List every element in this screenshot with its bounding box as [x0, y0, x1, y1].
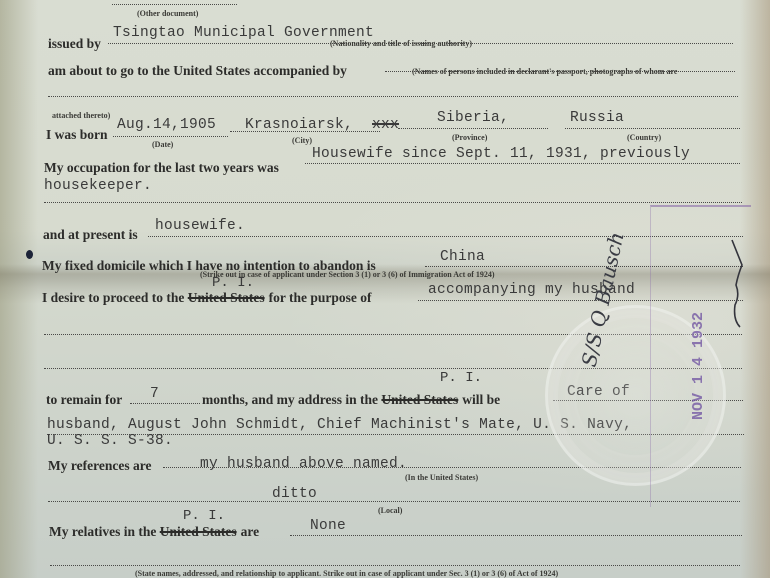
label-will-be: will be: [462, 392, 500, 407]
field-line: [398, 128, 548, 129]
field-line: [230, 131, 380, 132]
other-document-field: [112, 4, 237, 5]
field-line: [130, 403, 200, 404]
value-address-line2: husband, August John Schmidt, Chief Mach…: [47, 417, 632, 433]
label-proceed: I desire to proceed to the United States…: [42, 290, 371, 306]
caption-local: (Local): [378, 506, 402, 515]
label-are: are: [241, 524, 260, 539]
caption-persons-included: (Names of persons included in declarant'…: [412, 67, 677, 76]
field-line: [113, 136, 228, 137]
label-address-in: months, and my address in the: [202, 392, 378, 407]
label-references: My references are: [48, 458, 151, 474]
handwritten-bracket: [730, 235, 744, 330]
field-line: [50, 565, 740, 566]
value-occupation-line2: housekeeper.: [44, 178, 152, 194]
struck-united-states: United States: [188, 290, 265, 305]
value-relatives: None: [310, 518, 346, 534]
caption-relatives-note: (State names, addressed, and relationshi…: [135, 569, 558, 578]
label-born: I was born: [46, 127, 108, 143]
label-remain-for: to remain for: [46, 392, 122, 408]
caption-date: (Date): [152, 140, 173, 149]
label-relatives: My relatives in the United Statesare: [49, 524, 259, 540]
label-accompanied-by: am about to go to the United States acco…: [48, 63, 347, 79]
value-references-us: my husband above named.: [200, 456, 407, 472]
field-line: [48, 96, 738, 97]
value-present: housewife.: [155, 218, 245, 234]
field-line: [565, 128, 740, 129]
caption-issuing-authority: (Nationality and title of issuing author…: [330, 39, 472, 48]
label-present: and at present is: [43, 227, 138, 243]
struck-united-states: United States: [160, 524, 237, 539]
field-line: [48, 501, 740, 502]
label-issued-by: issued by: [48, 36, 101, 52]
value-occupation-line1: Housewife since Sept. 11, 1931, previous…: [312, 146, 690, 162]
value-months: 7: [150, 386, 159, 402]
replacement-pi: P. I.: [183, 508, 225, 524]
field-line: [305, 163, 740, 164]
value-birth-province: Siberia,: [437, 110, 509, 126]
caption-city: (City): [292, 136, 312, 145]
value-birth-country: Russia: [570, 110, 624, 126]
caption-attached-thereto: attached thereto): [52, 111, 110, 120]
label-relatives-before: My relatives in the: [49, 524, 156, 539]
value-references-local: ditto: [272, 486, 317, 502]
field-line: [44, 202, 742, 203]
value-address-line3: U. S. S. S-38.: [47, 433, 173, 449]
caption-country: (Country): [627, 133, 661, 142]
label-proceed-before: I desire to proceed to the: [42, 290, 184, 305]
label-proceed-after: for the purpose of: [269, 290, 372, 305]
field-line: [290, 535, 742, 536]
caption-other-document: (Other document): [137, 9, 198, 18]
caption-in-us: (In the United States): [405, 473, 478, 482]
value-birth-date: Aug.14,1905: [117, 117, 216, 133]
caption-province: (Province): [452, 133, 487, 142]
value-domicile: China: [440, 249, 485, 265]
replacement-pi: P. I.: [440, 370, 482, 386]
label-remain-mid: months, and my address in the United Sta…: [202, 392, 500, 408]
label-occupation: My occupation for the last two years was: [44, 160, 279, 176]
ink-spot: [26, 250, 33, 259]
replacement-pi: P. I.: [212, 275, 254, 291]
stamp-date: NOV 1 4 1932: [690, 312, 707, 420]
struck-united-states: United States: [381, 392, 458, 407]
